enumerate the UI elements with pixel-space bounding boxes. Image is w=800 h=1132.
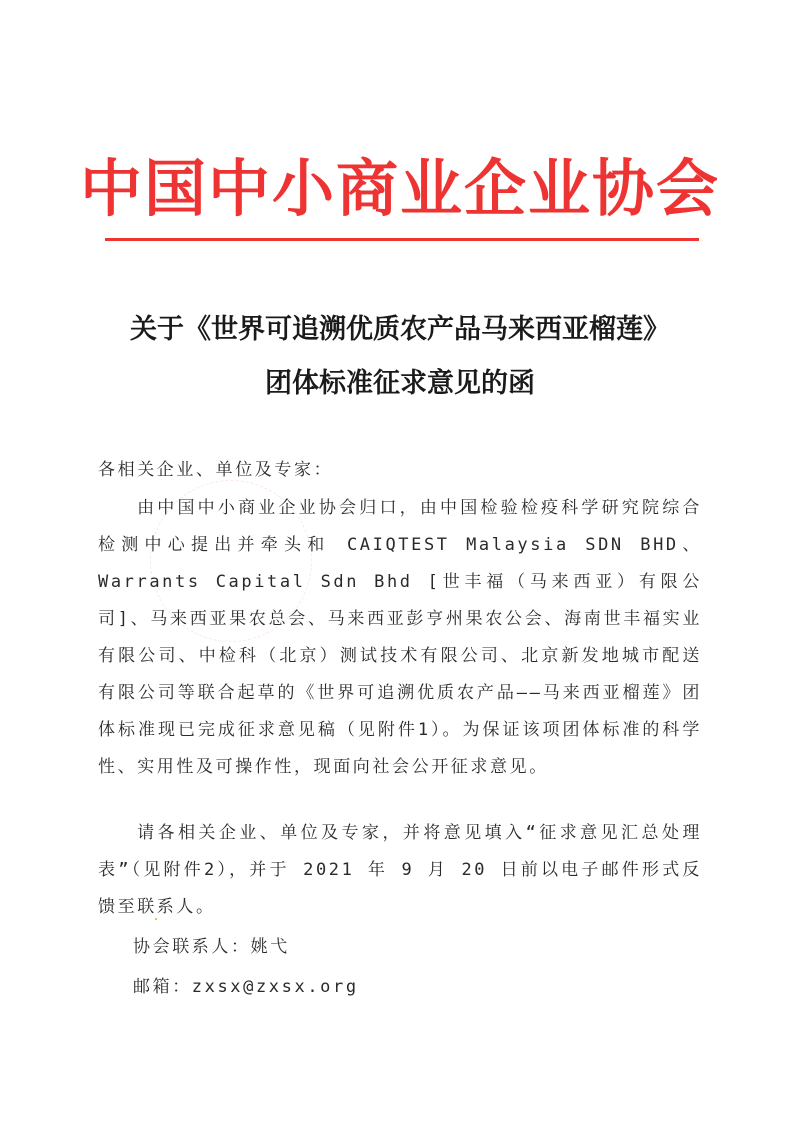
contact-person: 协会联系人：姚弋 (133, 932, 290, 962)
contact-email: 邮箱：zxsx@zxsx.org (133, 972, 359, 1002)
document-title-line-2: 团体标准征求意见的函 (0, 366, 800, 402)
letterhead-red-rule (105, 238, 699, 241)
salutation: 各相关企业、单位及专家： (98, 452, 702, 489)
scan-speck (155, 918, 157, 920)
document-title-line-1: 关于《世界可追溯优质农产品马来西亚榴莲》 (0, 312, 800, 348)
letterhead-organization-name: 中国中小商业企业协会 (0, 150, 800, 228)
body-paragraph-1: 由中国中小商业企业协会归口，由中国检验检疫科学研究院综合检测中心提出并牵头和 C… (98, 490, 702, 786)
body-paragraph-2: 请各相关企业、单位及专家，并将意见填入“征求意见汇总处理表”（见附件2），并于 … (98, 815, 702, 926)
